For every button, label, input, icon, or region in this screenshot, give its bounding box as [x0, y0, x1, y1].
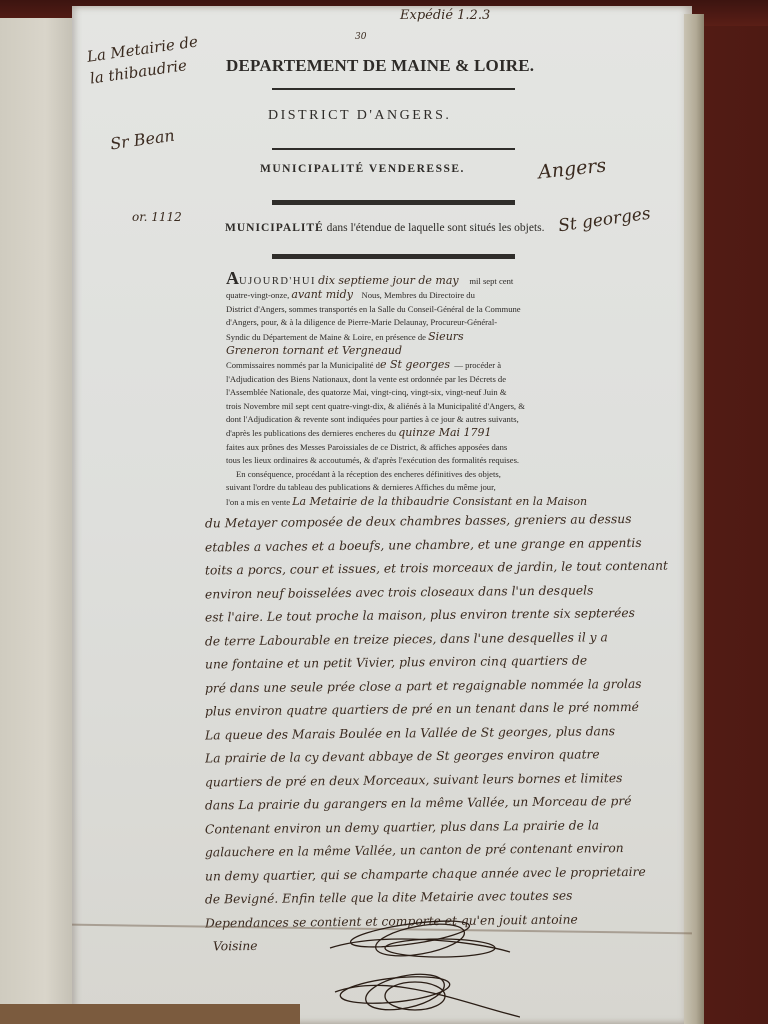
body-text: mil sept cent	[469, 276, 513, 286]
department-title: DEPARTEMENT DE MAINE & LOIRE.	[226, 56, 534, 76]
body-line: quatre-vingt-onze, avant midy Nous, Memb…	[226, 288, 568, 302]
left-page	[0, 18, 77, 1008]
handwritten-fill: dix septieme jour de may	[318, 274, 458, 287]
manuscript-description: du Metayer composée de deux chambres bas…	[205, 510, 675, 957]
top-number: 30	[355, 32, 366, 42]
handwritten-fill: avant midy	[291, 288, 353, 301]
top-reference: Expédié 1.2.3	[400, 8, 490, 23]
body-text: Syndic du Département de Maine & Loire, …	[226, 332, 426, 342]
body-line: d'après les publications des dernieres e…	[226, 426, 568, 440]
body-line: Greneron tornant et Vergneaud	[226, 344, 568, 358]
margin-note-lot-number: or. 1112	[132, 210, 182, 224]
body-line: tous les lieux ordinaires & accoutumés, …	[226, 454, 568, 467]
handwritten-fill: e St georges	[380, 358, 450, 371]
location-municipality-text: dans l'étendue de laquelle sont situés l…	[327, 222, 545, 234]
handwritten-fill: La Metairie de la thibaudrie Consistant …	[292, 495, 587, 508]
location-municipality: MUNICIPALITÉ dans l'étendue de laquelle …	[225, 222, 545, 234]
printed-body: AUJOURD'HUI dix septieme jour de may mil…	[226, 272, 568, 509]
body-text: quatre-vingt-onze,	[226, 290, 289, 300]
handwritten-fill: Greneron tornant et Vergneaud	[226, 344, 402, 357]
body-line: l'on a mis en vente La Metairie de la th…	[226, 495, 568, 509]
page-edge	[684, 14, 704, 1024]
body-text: l'on a mis en vente	[226, 497, 290, 507]
drop-cap: A	[226, 272, 239, 288]
body-text: Commissaires nommés par la Municipalité …	[226, 360, 380, 370]
body-line: Commissaires nommés par la Municipalité …	[226, 358, 568, 372]
location-municipality-label: MUNICIPALITÉ	[225, 222, 324, 234]
body-line: d'Angers, pour, & à la diligence de Pier…	[226, 316, 568, 329]
body-line: District d'Angers, sommes transportés en…	[226, 303, 568, 316]
paraph-flourish-icon	[320, 912, 520, 1022]
body-text: procéder à	[465, 360, 501, 370]
body-line: Syndic du Département de Maine & Loire, …	[226, 330, 568, 344]
district-title: DISTRICT D'ANGERS.	[268, 108, 451, 124]
bottom-edge	[0, 1004, 300, 1024]
body-line: dont l'Adjudication & revente sont indiq…	[226, 413, 568, 426]
body-line: faites aux prônes des Messes Paroissiale…	[226, 441, 568, 454]
divider	[272, 148, 515, 150]
body-line: l'Adjudication des Biens Nationaux, dont…	[226, 373, 568, 386]
selling-municipality-label: MUNICIPALITÉ VENDERESSE.	[260, 163, 465, 175]
body-text: d'après les publications des dernieres e…	[226, 428, 396, 438]
body-line: AUJOURD'HUI dix septieme jour de may mil…	[226, 272, 568, 288]
handwritten-fill: Sieurs	[428, 330, 464, 343]
body-text: UJOURD'HUI	[239, 276, 316, 287]
handwritten-fill: quinze Mai 1791	[398, 426, 491, 439]
divider-thick	[272, 200, 515, 205]
divider	[272, 88, 515, 90]
body-line: l'Assemblée Nationale, des quatorze Mai,…	[226, 386, 568, 399]
body-line: trois Novembre mil sept cent quatre-ving…	[226, 400, 568, 413]
body-text: Nous, Membres du Directoire du	[362, 290, 475, 300]
body-line: En conséquence, procédant à la réception…	[226, 468, 568, 481]
divider-thick	[272, 254, 515, 259]
body-line: suivant l'ordre du tableau des publicati…	[226, 481, 568, 494]
